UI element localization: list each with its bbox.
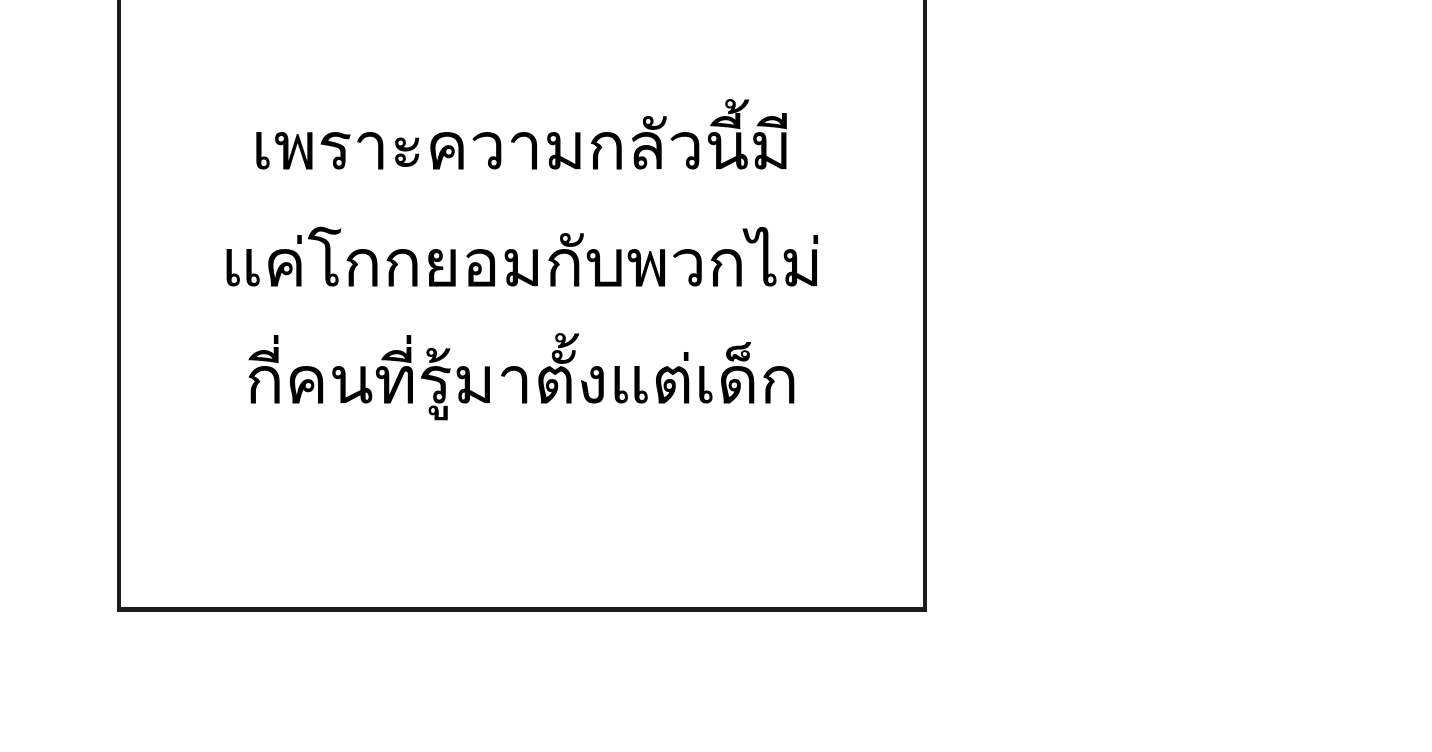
page-background: เพราะความกลัวนี้มี แค่โกกยอมกับพวกไม่ กี… xyxy=(0,0,1432,752)
caption-line-3: กี่คนที่รู้มาตั้งแต่เด็ก xyxy=(121,322,923,439)
comic-panel: เพราะความกลัวนี้มี แค่โกกยอมกับพวกไม่ กี… xyxy=(117,0,927,612)
caption-text-block: เพราะความกลัวนี้มี แค่โกกยอมกับพวกไม่ กี… xyxy=(121,88,923,439)
caption-line-1: เพราะความกลัวนี้มี xyxy=(121,88,923,205)
caption-line-2: แค่โกกยอมกับพวกไม่ xyxy=(121,205,923,322)
